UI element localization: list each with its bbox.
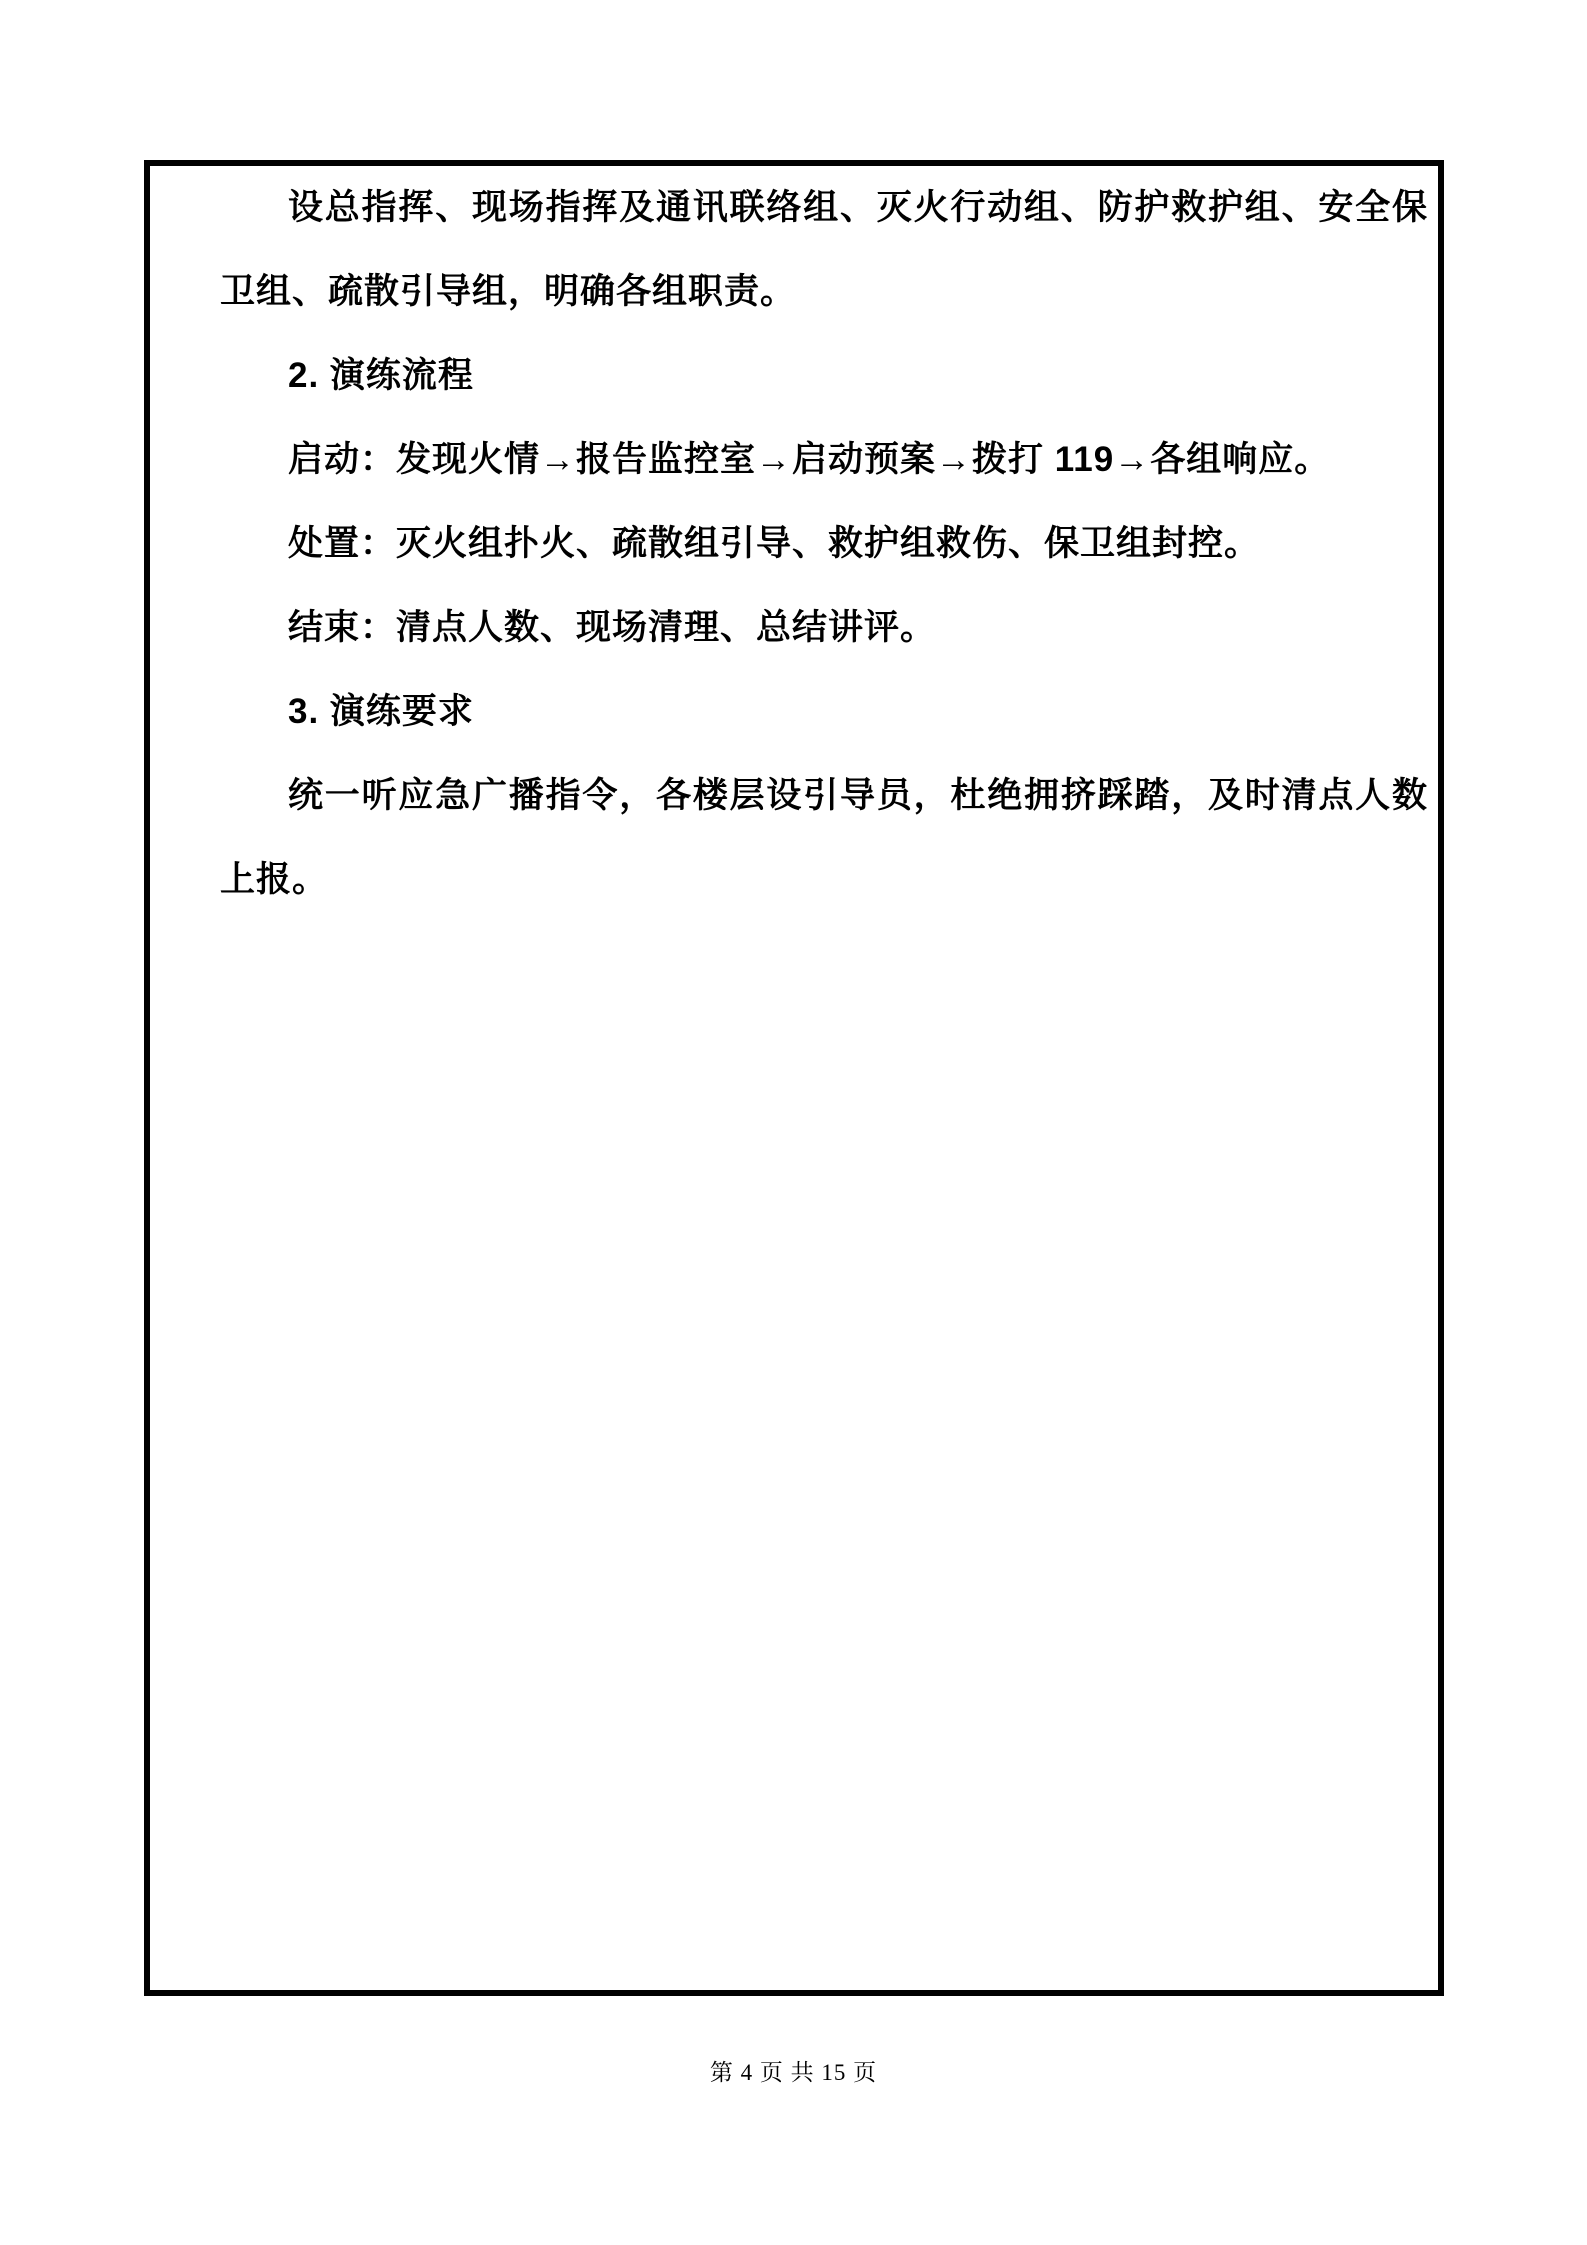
text-line: 处置：灭火组扑火、疏散组引导、救护组救伤、保卫组封控。	[220, 502, 1428, 586]
document-body-text: 设总指挥、现场指挥及通讯联络组、灭火行动组、防护救护组、安全保卫组、疏散引导组，…	[220, 166, 1428, 922]
text-line: 2. 演练流程	[220, 334, 1428, 418]
text-line: 卫组、疏散引导组，明确各组职责。	[220, 250, 1428, 334]
text-line: 结束：清点人数、现场清理、总结讲评。	[220, 586, 1428, 670]
document-border-frame: 设总指挥、现场指挥及通讯联络组、灭火行动组、防护救护组、安全保卫组、疏散引导组，…	[144, 160, 1444, 1996]
text-line: 3. 演练要求	[220, 670, 1428, 754]
document-page: { "document": { "body_lines": [ { "text"…	[0, 0, 1587, 2245]
page-number-footer: 第 4 页 共 15 页	[0, 2050, 1587, 2096]
text-line: 启动：发现火情→报告监控室→启动预案→拨打 119→各组响应。	[220, 418, 1428, 502]
text-line: 设总指挥、现场指挥及通讯联络组、灭火行动组、防护救护组、安全保	[220, 166, 1428, 250]
text-line: 上报。	[220, 838, 1428, 922]
text-line: 统一听应急广播指令，各楼层设引导员，杜绝拥挤踩踏，及时清点人数	[220, 754, 1428, 838]
